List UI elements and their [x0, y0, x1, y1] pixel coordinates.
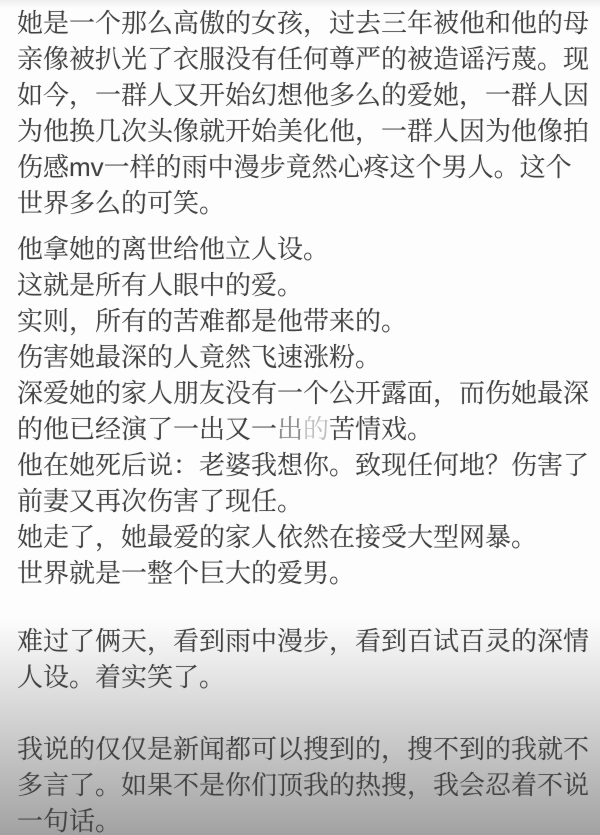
text-line: 实则，所有的苦难都是他带来的。: [17, 303, 594, 339]
text-line: 她走了，她最爱的家人依然在接受大型网暴。: [17, 519, 594, 555]
text-segment-normal: 的他已经演了一出又一: [17, 414, 277, 444]
text-line: 一句话。: [17, 803, 594, 835]
paragraph: 他拿她的离世给他立人设。这就是所有人眼中的爱。实则，所有的苦难都是他带来的。伤害…: [17, 231, 594, 591]
text-line: 世界多么的可笑。: [17, 185, 594, 221]
text-line: 伤感mv一样的雨中漫步竟然心疼这个男人。这个: [17, 149, 594, 185]
text-line: 我说的仅仅是新闻都可以搜到的，搜不到的我就不: [17, 731, 594, 767]
text-line: 深爱她的家人朋友没有一个公开露面，而伤她最深: [17, 375, 594, 411]
text-segment-normal: 苦情戏。: [329, 414, 433, 444]
text-line: 多言了。如果不是你们顶我的热搜，我会忍着不说: [17, 767, 594, 803]
text-line: 世界就是一整个巨大的爱男。: [17, 555, 594, 591]
text-segment-semi: 出: [277, 414, 303, 444]
text-segment-faded: 的: [303, 414, 329, 444]
text-line: 人设。着实笑了。: [17, 659, 594, 695]
text-line: 她是一个那么高傲的女孩，过去三年被他和他的母: [17, 5, 594, 41]
text-line: 如今，一群人又开始幻想他多么的爱她，一群人因: [17, 77, 594, 113]
text-line: 亲像被扒光了衣服没有任何尊严的被造谣污蔑。现: [17, 41, 594, 77]
post-screenshot: 她是一个那么高傲的女孩，过去三年被他和他的母亲像被扒光了衣服没有任何尊严的被造谣…: [0, 0, 600, 835]
text-line: 这就是所有人眼中的爱。: [17, 267, 594, 303]
post-text-container: 她是一个那么高傲的女孩，过去三年被他和他的母亲像被扒光了衣服没有任何尊严的被造谣…: [0, 0, 600, 835]
text-line: 伤害她最深的人竟然飞速涨粉。: [17, 339, 594, 375]
paragraph: 难过了俩天，看到雨中漫步，看到百试百灵的深情人设。着实笑了。: [17, 623, 594, 695]
text-line: 难过了俩天，看到雨中漫步，看到百试百灵的深情: [17, 623, 594, 659]
text-line: 他拿她的离世给他立人设。: [17, 231, 594, 267]
paragraph: 我说的仅仅是新闻都可以搜到的，搜不到的我就不多言了。如果不是你们顶我的热搜，我会…: [17, 731, 594, 835]
paragraph: 她是一个那么高傲的女孩，过去三年被他和他的母亲像被扒光了衣服没有任何尊严的被造谣…: [17, 5, 594, 221]
text-line: 为他换几次头像就开始美化他，一群人因为他像拍: [17, 113, 594, 149]
text-line: 前妻又再次伤害了现任。: [17, 483, 594, 519]
text-line: 他在她死后说：老婆我想你。致现任何地？伤害了: [17, 447, 594, 483]
text-line: 的他已经演了一出又一出的苦情戏。: [17, 411, 594, 447]
